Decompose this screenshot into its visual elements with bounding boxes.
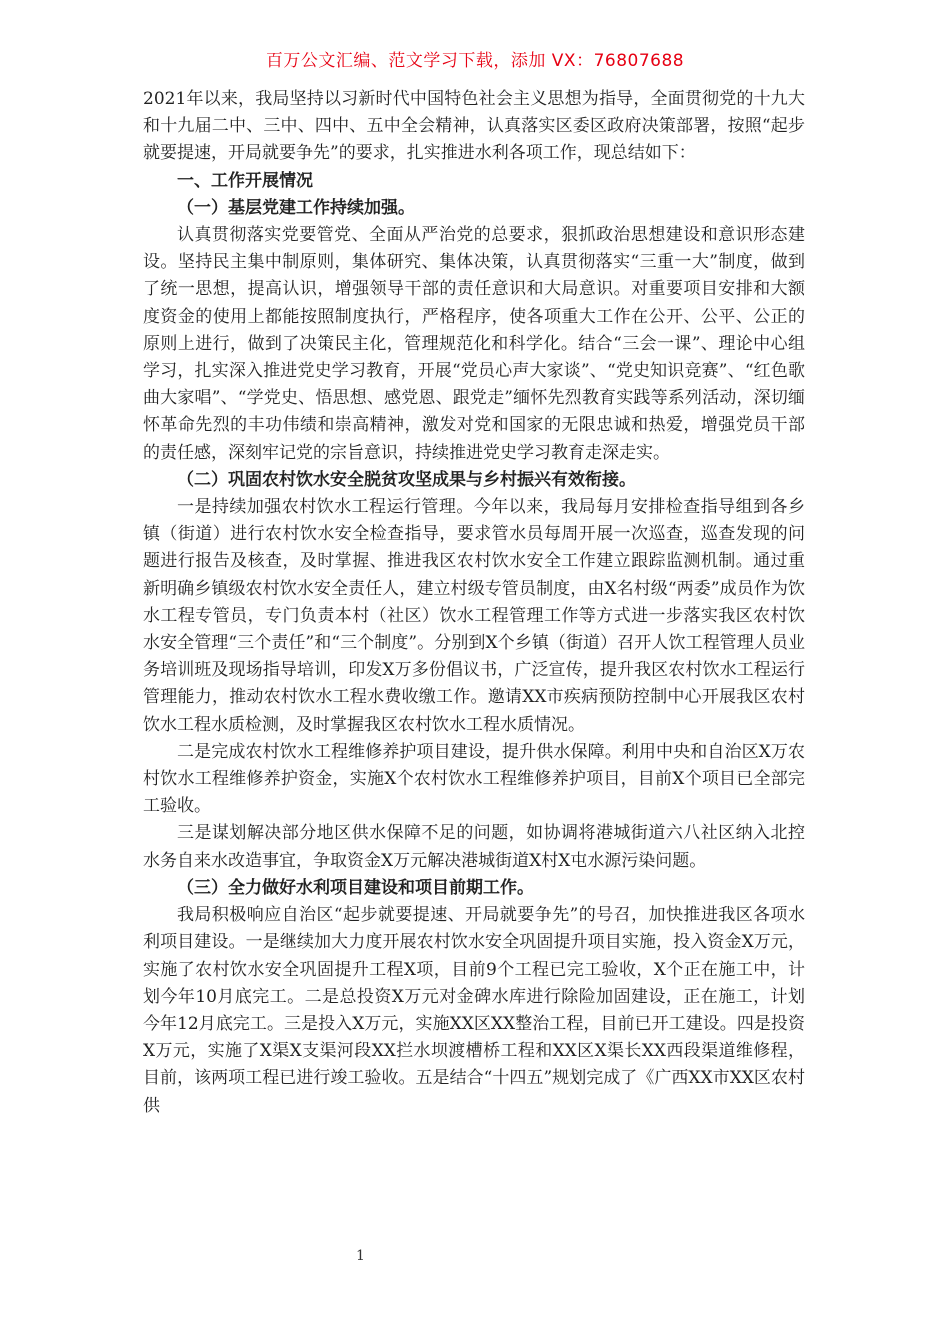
subsection-heading-3: （三）全力做好水利项目建设和项目前期工作。 [143,875,805,902]
document-body: 2021年以来，我局坚持以习新时代中国特色社会主义思想为指导，全面贯彻党的十九大… [143,86,805,1120]
page-number: 1 [356,1248,365,1264]
intro-paragraph: 2021年以来，我局坚持以习新时代中国特色社会主义思想为指导，全面贯彻党的十九大… [143,86,805,168]
section-heading-1: 一、工作开展情况 [143,168,805,195]
paragraph: 认真贯彻落实党要管党、全面从严治党的总要求，狠抓政治思想建设和意识形态建设。坚持… [143,222,805,467]
subsection-heading-1: （一）基层党建工作持续加强。 [143,195,805,222]
paragraph: 一是持续加强农村饮水工程运行管理。今年以来，我局每月安排检查指导组到各乡镇（街道… [143,494,805,739]
watermark-banner: 百万公文汇编、范文学习下载，添加 VX：76807688 [0,46,950,71]
paragraph: 二是完成农村饮水工程维修养护项目建设，提升供水保障。利用中央和自治区X万农村饮水… [143,739,805,821]
paragraph: 三是谋划解决部分地区供水保障不足的问题，如协调将港城街道六八社区纳入北控水务自来… [143,820,805,874]
paragraph: 我局积极响应自治区“起步就要提速、开局就要争先”的号召，加快推进我区各项水利项目… [143,902,805,1120]
subsection-heading-2: （二）巩固农村饮水安全脱贫攻坚成果与乡村振兴有效衔接。 [143,467,805,494]
